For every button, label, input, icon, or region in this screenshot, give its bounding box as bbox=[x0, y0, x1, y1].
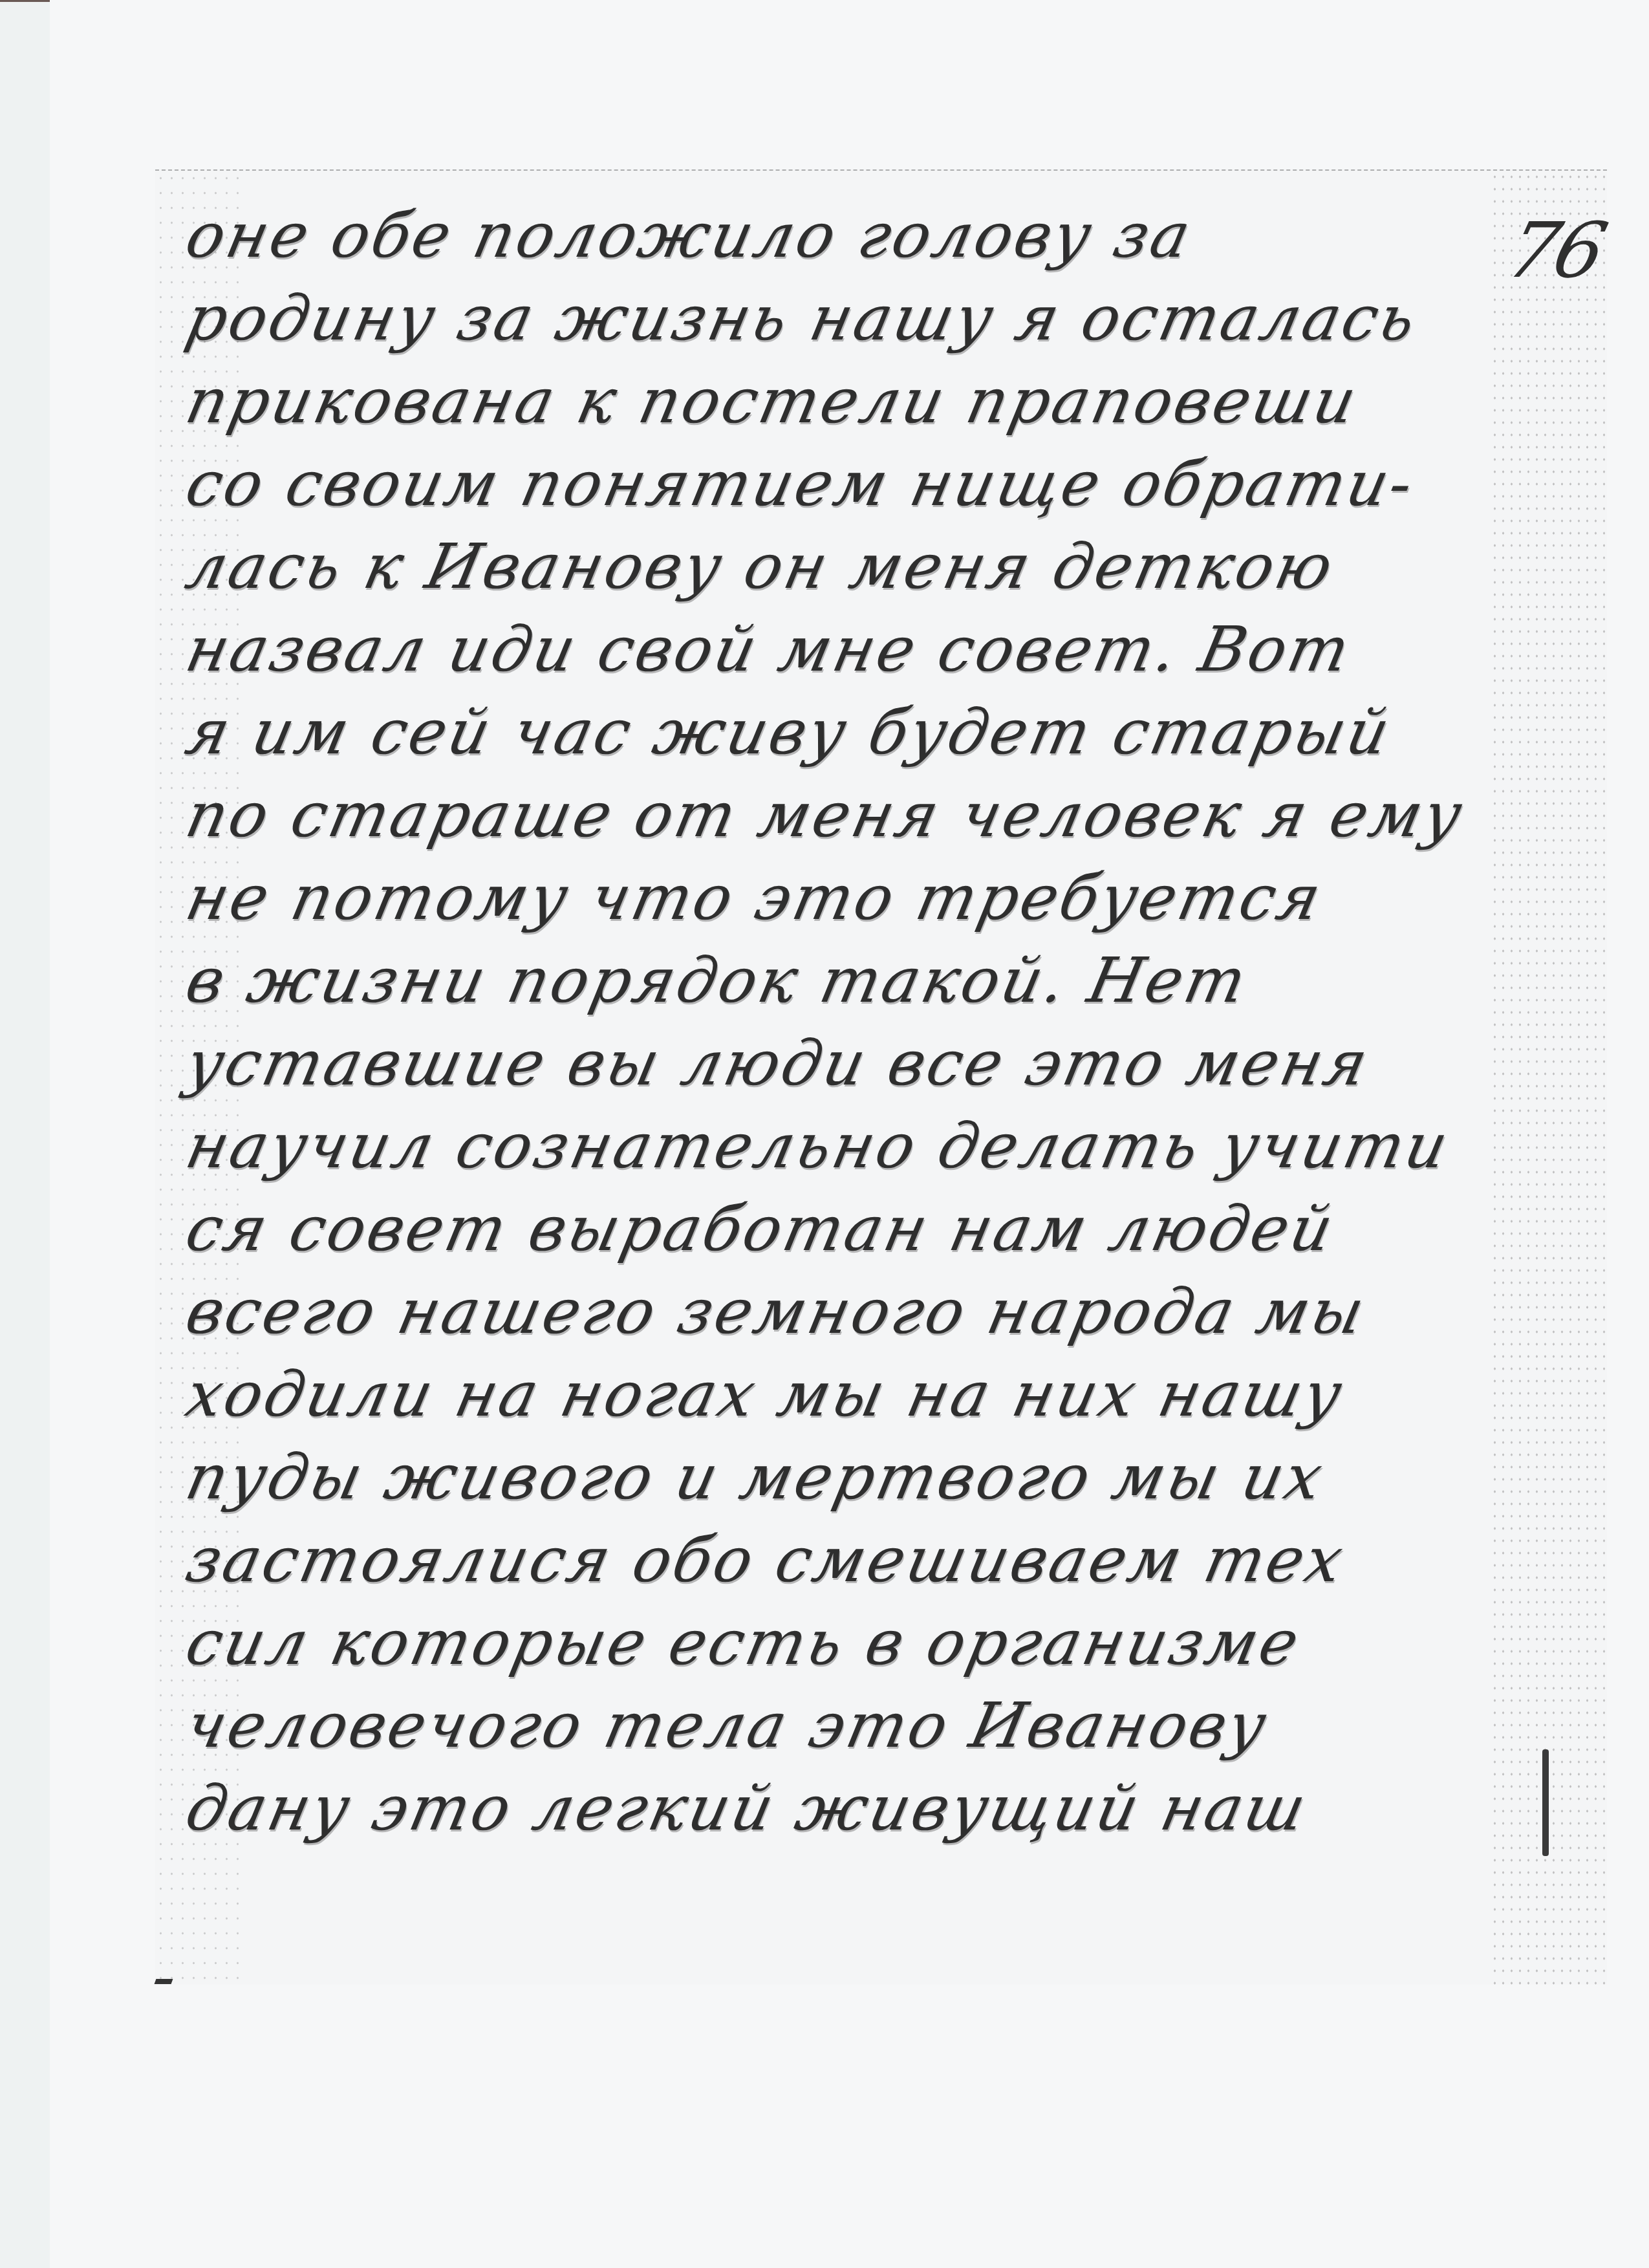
text-line-8: по стараше от меня человек я ему bbox=[178, 773, 1554, 856]
text-line-16: пуды живого и мертвого мы их bbox=[178, 1436, 1554, 1518]
scanner-margin-strip bbox=[0, 0, 50, 2268]
text-line-3: прикована к постели праповеши bbox=[178, 360, 1554, 442]
text-line-12: научил сознательно делать учити bbox=[178, 1105, 1554, 1187]
text-line-20: дану это легкий живущий наш bbox=[178, 1767, 1554, 1850]
text-line-10: в жизни порядок такой. Нет bbox=[178, 939, 1554, 1022]
scanner-edge bbox=[0, 0, 50, 2]
text-line-17: застоялися обо смешиваем тех bbox=[178, 1518, 1554, 1601]
text-line-18: сил которые есть в организме bbox=[178, 1601, 1554, 1684]
text-line-14: всего нашего земного народа мы bbox=[178, 1270, 1554, 1353]
text-line-11: уставшие вы люди все это меня bbox=[178, 1022, 1554, 1105]
text-line-1: оне обе положило голову за bbox=[178, 194, 1554, 277]
handwritten-text-block: оне обе положило голову за родину за жиз… bbox=[188, 194, 1546, 1850]
text-line-5: лась к Иванову он меня деткою bbox=[178, 525, 1554, 608]
text-line-6: назвал иди свой мне совет. Вот bbox=[178, 608, 1554, 691]
text-line-15: ходили на ногах мы на них нашу bbox=[178, 1353, 1554, 1436]
text-line-2: родину за жизнь нашу я осталась bbox=[178, 277, 1554, 360]
text-line-4: со своим понятием нище обрати- bbox=[178, 442, 1554, 525]
text-line-13: ся совет выработан нам людей bbox=[178, 1187, 1554, 1270]
text-line-7: я им сей час живу будет старый bbox=[178, 691, 1554, 773]
photocopy-corner-mark bbox=[155, 1979, 173, 1984]
text-line-9: не потому что это требуется bbox=[178, 856, 1554, 939]
text-line-19: человечого тела это Иванову bbox=[178, 1684, 1554, 1767]
